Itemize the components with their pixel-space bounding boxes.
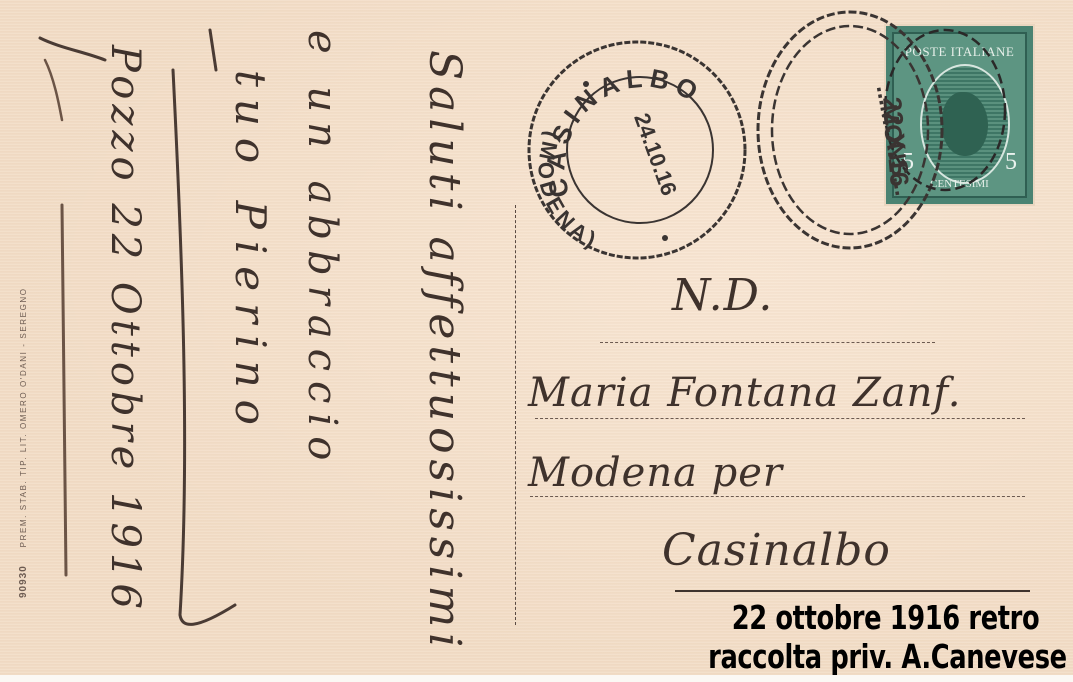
svg-text:CASINALBO: CASINALBO	[540, 63, 708, 201]
postmarks: CASINALBO (MODENA) 24.10.16 ...MONS... 2…	[0, 0, 1073, 682]
postmark-cancellation: ...MONS... 22.X.16	[758, 12, 1005, 248]
postmark-town: CASINALBO	[540, 63, 708, 201]
postmark-casinalbo: CASINALBO (MODENA) 24.10.16	[529, 42, 745, 258]
postmark-date: 24.10.16	[629, 110, 682, 199]
postcard-back: 90930 PREM. STAB. TIP. LIT. OMERO O'DANI…	[0, 0, 1073, 682]
caption-collection: raccolta priv. A.Canevese	[708, 637, 1067, 676]
caption-date: 22 ottobre 1916 retro	[731, 598, 1039, 637]
bottom-edge	[0, 675, 1073, 682]
cancellation-date: 22.X.16	[877, 96, 915, 188]
